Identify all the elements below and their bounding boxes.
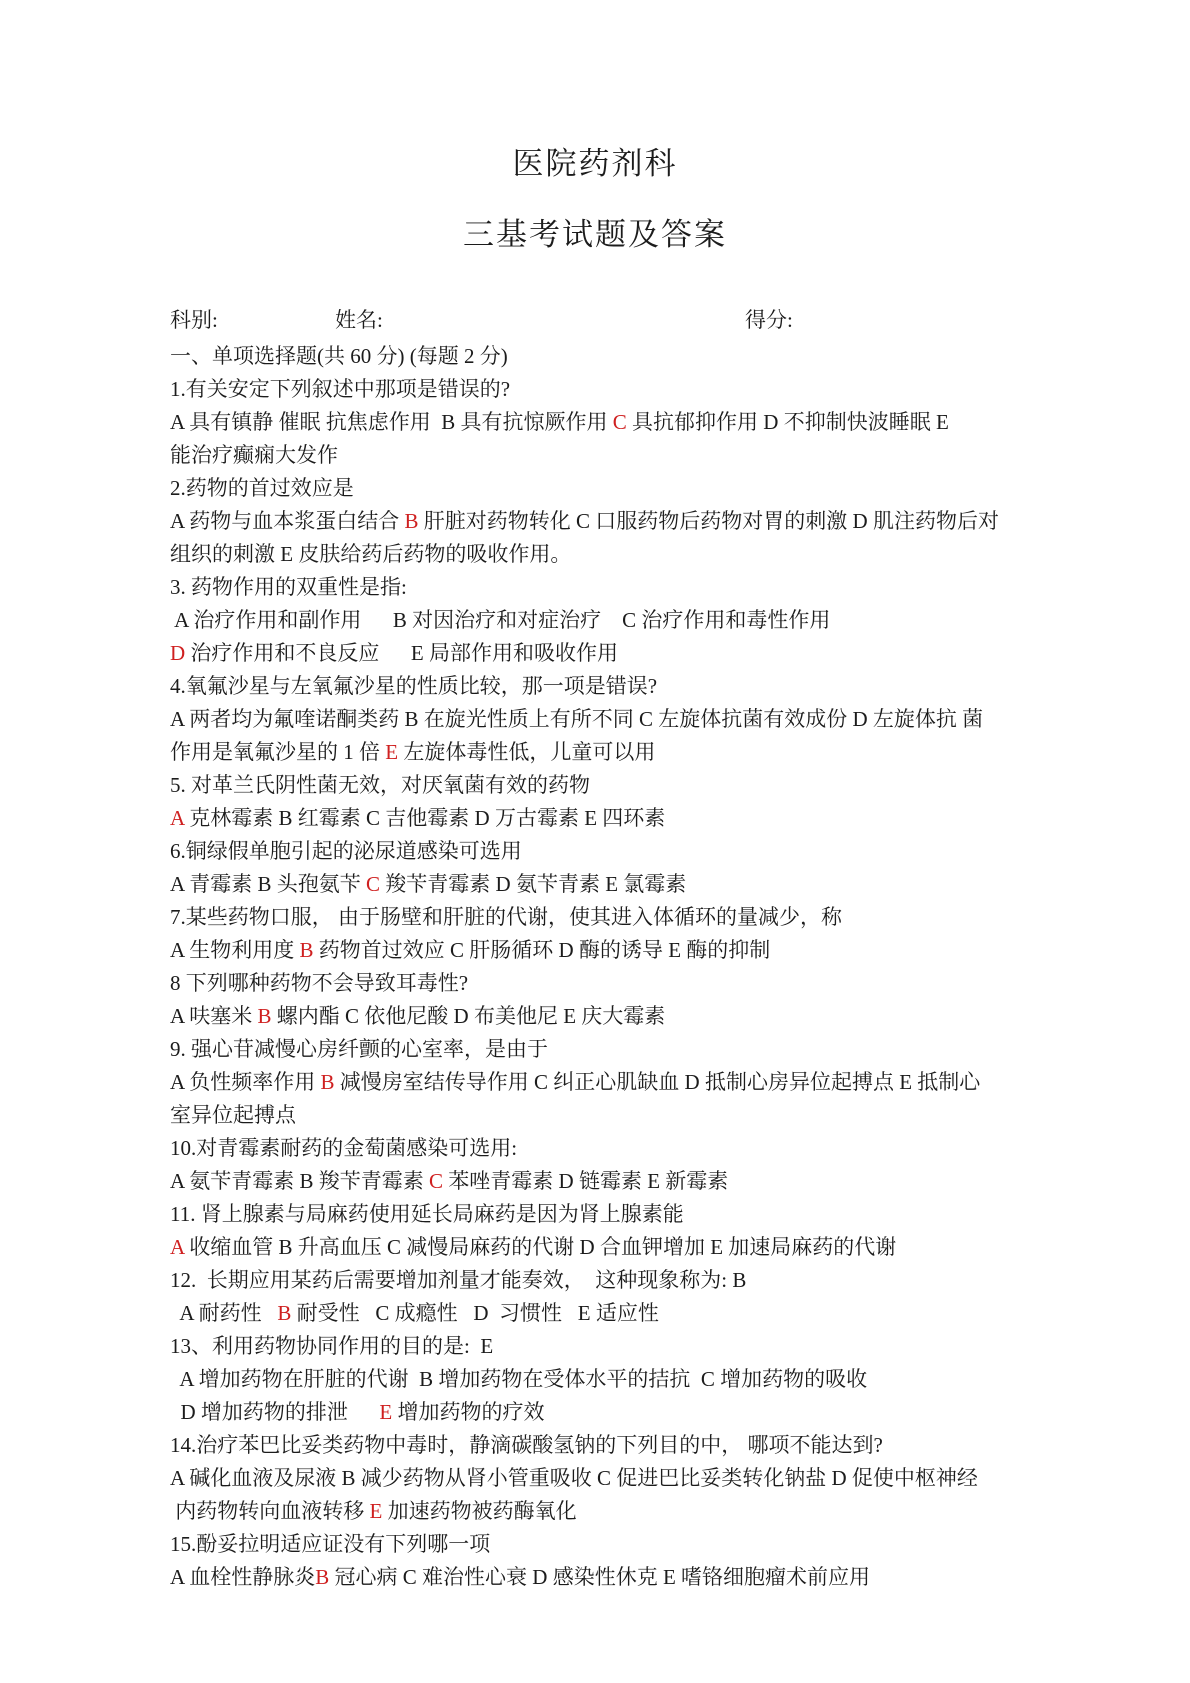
text-run: 11. 肾上腺素与局麻药使用延长局麻药是因为肾上腺素能 [170, 1202, 684, 1226]
meta-row: 科别: 姓名: 得分: [170, 304, 1020, 337]
text-run: 14.治疗苯巴比妥类药物中毒时，静滴碳酸氢钠的下列目的中， 哪项不能达到? [170, 1433, 883, 1457]
text-run: 加速药物被药酶氧化 [382, 1499, 576, 1523]
text-run: 收缩血管 B 升高血压 C 减慢局麻药的代谢 D 合血钾增加 E 加速局麻药的代… [184, 1235, 896, 1259]
answer-letter: D [170, 641, 185, 665]
document-line: D 治疗作用和不良反应 E 局部作用和吸收作用 [170, 637, 1020, 670]
text-run: A 血栓性静脉炎 [170, 1565, 315, 1589]
document-line: 作用是氧氟沙星的 1 倍 E 左旋体毒性低，儿童可以用 [170, 736, 1020, 769]
text-run: 左旋体毒性低，儿童可以用 [398, 740, 655, 764]
document-line: A 氨苄青霉素 B 羧苄青霉素 C 苯唑青霉素 D 链霉素 E 新霉素 [170, 1165, 1020, 1198]
answer-letter: E [370, 1499, 383, 1523]
text-run: 一、单项选择题(共 60 分) (每题 2 分) [170, 344, 508, 368]
exam-document-page: 医院药剂科 三基考试题及答案 科别: 姓名: 得分: 一、单项选择题(共 60 … [0, 0, 1190, 1683]
document-line: 10.对青霉素耐药的金萄菌感染可选用: [170, 1132, 1020, 1165]
text-run: 7.某些药物口服， 由于肠壁和肝脏的代谢，使其进入体循环的量减少，称 [170, 905, 842, 929]
text-run: 12. 长期应用某药后需要增加剂量才能奏效， 这种现象称为: B [170, 1268, 746, 1292]
text-run: 9. 强心苷减慢心房纤颤的心室率，是由于 [170, 1037, 548, 1061]
document-line: A 耐药性 B 耐受性 C 成瘾性 D 习惯性 E 适应性 [170, 1297, 1020, 1330]
answer-letter: E [385, 740, 398, 764]
text-run: 治疗作用和不良反应 E 局部作用和吸收作用 [185, 641, 618, 665]
document-content: 医院药剂科 三基考试题及答案 科别: 姓名: 得分: 一、单项选择题(共 60 … [0, 0, 1190, 1594]
document-line: 4.氧氟沙星与左氧氟沙星的性质比较，那一项是错误? [170, 670, 1020, 703]
text-run: 苯唑青霉素 D 链霉素 E 新霉素 [443, 1169, 728, 1193]
answer-letter: B [258, 1004, 272, 1028]
document-subtitle: 三基考试题及答案 [170, 209, 1020, 254]
document-line: 内药物转向血液转移 E 加速药物被药酶氧化 [170, 1495, 1020, 1528]
answer-letter: B [300, 938, 314, 962]
text-run: A 负性频率作用 [170, 1070, 321, 1094]
answer-letter: A [170, 806, 184, 830]
text-run: A 耐药性 [170, 1301, 277, 1325]
document-line: 1.有关安定下列叙述中那项是错误的? [170, 373, 1020, 406]
document-line: 一、单项选择题(共 60 分) (每题 2 分) [170, 340, 1020, 373]
text-run: 组织的刺激 E 皮肤给药后药物的吸收作用。 [170, 542, 571, 566]
document-line: A 负性频率作用 B 减慢房室结传导作用 C 纠正心肌缺血 D 抵制心房异位起搏… [170, 1066, 1020, 1099]
document-line: 12. 长期应用某药后需要增加剂量才能奏效， 这种现象称为: B [170, 1264, 1020, 1297]
text-run: A 增加药物在肝脏的代谢 B 增加药物在受体水平的拮抗 C 增加药物的吸收 [170, 1367, 867, 1391]
document-line: A 药物与血本浆蛋白结合 B 肝脏对药物转化 C 口服药物后药物对胃的刺激 D … [170, 505, 1020, 538]
document-line: A 碱化血液及尿液 B 减少药物从肾小管重吸收 C 促进巴比妥类转化钠盐 D 促… [170, 1462, 1020, 1495]
text-run: 作用是氧氟沙星的 1 倍 [170, 740, 385, 764]
document-body: 一、单项选择题(共 60 分) (每题 2 分)1.有关安定下列叙述中那项是错误… [170, 340, 1020, 1594]
text-run: 8 下列哪种药物不会导致耳毒性? [170, 971, 468, 995]
document-line: 11. 肾上腺素与局麻药使用延长局麻药是因为肾上腺素能 [170, 1198, 1020, 1231]
answer-letter: B [277, 1301, 291, 1325]
text-run: 1.有关安定下列叙述中那项是错误的? [170, 377, 510, 401]
text-run: 3. 药物作用的双重性是指: [170, 575, 407, 599]
name-label: 姓名: [335, 304, 383, 334]
score-label: 得分: [745, 304, 793, 334]
text-run: 羧苄青霉素 D 氨苄青素 E 氯霉素 [380, 872, 686, 896]
document-line: A 具有镇静 催眠 抗焦虑作用 B 具有抗惊厥作用 C 具抗郁抑作用 D 不抑制… [170, 406, 1020, 439]
document-line: D 增加药物的排泄 E 增加药物的疗效 [170, 1396, 1020, 1429]
document-line: A 血栓性静脉炎B 冠心病 C 难治性心衰 D 感染性休克 E 嗜铬细胞瘤术前应… [170, 1561, 1020, 1594]
document-line: A 克林霉素 B 红霉素 C 吉他霉素 D 万古霉素 E 四环素 [170, 802, 1020, 835]
text-run: 2.药物的首过效应是 [170, 476, 354, 500]
answer-letter: E [379, 1400, 392, 1424]
document-line: 3. 药物作用的双重性是指: [170, 571, 1020, 604]
answer-letter: B [321, 1070, 335, 1094]
document-line: 13、利用药物协同作用的目的是: E [170, 1330, 1020, 1363]
answer-letter: C [429, 1169, 443, 1193]
text-run: 肝脏对药物转化 C 口服药物后药物对胃的刺激 D 肌注药物后对 [419, 509, 999, 533]
text-run: 10.对青霉素耐药的金萄菌感染可选用: [170, 1136, 517, 1160]
text-run: A 治疗作用和副作用 B 对因治疗和对症治疗 C 治疗作用和毒性作用 [170, 608, 830, 632]
document-line: 7.某些药物口服， 由于肠壁和肝脏的代谢，使其进入体循环的量减少，称 [170, 901, 1020, 934]
text-run: 减慢房室结传导作用 C 纠正心肌缺血 D 抵制心房异位起搏点 E 抵制心 [335, 1070, 981, 1094]
answer-letter: B [405, 509, 419, 533]
text-run: 冠心病 C 难治性心衰 D 感染性休克 E 嗜铬细胞瘤术前应用 [329, 1565, 870, 1589]
text-run: 耐受性 C 成瘾性 D 习惯性 E 适应性 [291, 1301, 659, 1325]
text-run: 增加药物的疗效 [392, 1400, 544, 1424]
text-run: 15.酚妥拉明适应证没有下列哪一项 [170, 1532, 490, 1556]
document-line: A 呋塞米 B 螺内酯 C 依他尼酸 D 布美他尼 E 庆大霉素 [170, 1000, 1020, 1033]
text-run: A 药物与血本浆蛋白结合 [170, 509, 405, 533]
document-line: A 治疗作用和副作用 B 对因治疗和对症治疗 C 治疗作用和毒性作用 [170, 604, 1020, 637]
text-run: 能治疗癫痫大发作 [170, 443, 338, 467]
text-run: 克林霉素 B 红霉素 C 吉他霉素 D 万古霉素 E 四环素 [184, 806, 665, 830]
document-line: 14.治疗苯巴比妥类药物中毒时，静滴碳酸氢钠的下列目的中， 哪项不能达到? [170, 1429, 1020, 1462]
text-run: 具抗郁抑作用 D 不抑制快波睡眠 E [627, 410, 949, 434]
document-line: A 收缩血管 B 升高血压 C 减慢局麻药的代谢 D 合血钾增加 E 加速局麻药… [170, 1231, 1020, 1264]
document-line: 5. 对革兰氏阴性菌无效，对厌氧菌有效的药物 [170, 769, 1020, 802]
text-run: 13、利用药物协同作用的目的是: E [170, 1334, 493, 1358]
document-line: 8 下列哪种药物不会导致耳毒性? [170, 967, 1020, 1000]
document-line: A 两者均为氟喹诺酮类药 B 在旋光性质上有所不同 C 左旋体抗菌有效成份 D … [170, 703, 1020, 736]
text-run: D 增加药物的排泄 [170, 1400, 379, 1424]
document-line: 9. 强心苷减慢心房纤颤的心室率，是由于 [170, 1033, 1020, 1066]
answer-letter: B [315, 1565, 329, 1589]
text-run: 6.铜绿假单胞引起的泌尿道感染可选用 [170, 839, 522, 863]
document-line: 15.酚妥拉明适应证没有下列哪一项 [170, 1528, 1020, 1561]
document-line: 能治疗癫痫大发作 [170, 439, 1020, 472]
text-run: A 两者均为氟喹诺酮类药 B 在旋光性质上有所不同 C 左旋体抗菌有效成份 D … [170, 707, 983, 731]
answer-letter: A [170, 1235, 184, 1259]
text-run: 药物首过效应 C 肝肠循环 D 酶的诱导 E 酶的抑制 [314, 938, 771, 962]
document-line: A 青霉素 B 头孢氨苄 C 羧苄青霉素 D 氨苄青素 E 氯霉素 [170, 868, 1020, 901]
text-run: A 生物利用度 [170, 938, 300, 962]
text-run: 4.氧氟沙星与左氧氟沙星的性质比较，那一项是错误? [170, 674, 657, 698]
document-line: 2.药物的首过效应是 [170, 472, 1020, 505]
document-line: 室异位起搏点 [170, 1099, 1020, 1132]
department-label: 科别: [170, 304, 218, 334]
document-line: 组织的刺激 E 皮肤给药后药物的吸收作用。 [170, 538, 1020, 571]
answer-letter: C [366, 872, 380, 896]
document-line: 6.铜绿假单胞引起的泌尿道感染可选用 [170, 835, 1020, 868]
text-run: A 呋塞米 [170, 1004, 258, 1028]
text-run: 螺内酯 C 依他尼酸 D 布美他尼 E 庆大霉素 [272, 1004, 666, 1028]
text-run: 5. 对革兰氏阴性菌无效，对厌氧菌有效的药物 [170, 773, 590, 797]
text-run: A 具有镇静 催眠 抗焦虑作用 B 具有抗惊厥作用 [170, 410, 613, 434]
document-line: A 生物利用度 B 药物首过效应 C 肝肠循环 D 酶的诱导 E 酶的抑制 [170, 934, 1020, 967]
answer-letter: C [613, 410, 627, 434]
text-run: A 青霉素 B 头孢氨苄 [170, 872, 366, 896]
text-run: 内药物转向血液转移 [170, 1499, 370, 1523]
text-run: 室异位起搏点 [170, 1103, 296, 1127]
text-run: A 氨苄青霉素 B 羧苄青霉素 [170, 1169, 429, 1193]
document-line: A 增加药物在肝脏的代谢 B 增加药物在受体水平的拮抗 C 增加药物的吸收 [170, 1363, 1020, 1396]
text-run: A 碱化血液及尿液 B 减少药物从肾小管重吸收 C 促进巴比妥类转化钠盐 D 促… [170, 1466, 978, 1490]
document-title: 医院药剂科 [170, 138, 1020, 183]
